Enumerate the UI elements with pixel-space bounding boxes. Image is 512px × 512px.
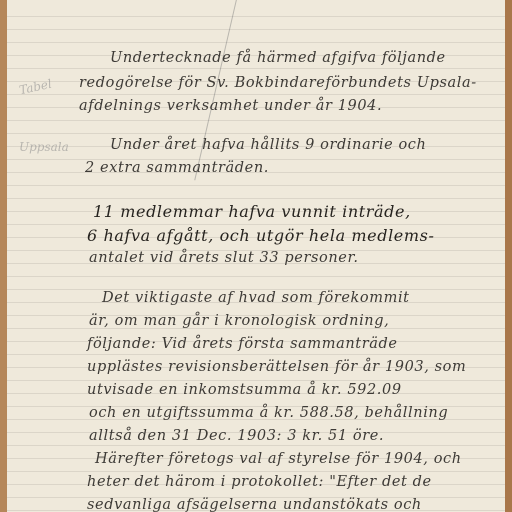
text-line: 11 medlemmar hafva vunnit inträde, xyxy=(93,202,411,221)
text-line: 6 hafva afgått, och utgör hela medlems- xyxy=(87,226,434,245)
text-line: Härefter företogs val af styrelse för 19… xyxy=(95,451,462,467)
page-edge xyxy=(505,0,512,512)
manuscript-page: Tabel Uppsala Undertecknade få härmed af… xyxy=(7,0,505,512)
text-line: Undertecknade få härmed afgifva följande xyxy=(110,50,446,66)
text-line: alltså den 31 Dec. 1903: 3 kr. 51 öre. xyxy=(89,428,384,444)
text-line: Under året hafva hållits 9 ordinarie och xyxy=(110,137,426,153)
text-line: Det viktigaste af hvad som förekommit xyxy=(102,290,410,306)
text-line: afdelnings verksamhet under år 1904. xyxy=(79,98,382,114)
text-line: 2 extra sammanträden. xyxy=(85,160,269,176)
text-line: sedvanliga afsägelserna undanstökats och xyxy=(87,497,422,512)
margin-note-tabel: Tabel xyxy=(18,77,53,98)
text-line: utvisade en inkomstsumma å kr. 592.09 xyxy=(87,382,402,398)
text-line: är, om man går i kronologisk ordning, xyxy=(89,313,389,329)
text-line: följande: Vid årets första sammanträde xyxy=(87,336,398,352)
text-line: upplästes revisionsberättelsen för år 19… xyxy=(87,359,466,375)
margin-note-uppsala: Uppsala xyxy=(19,140,69,154)
text-line: heter det härom i protokollet: "Efter de… xyxy=(87,474,432,490)
text-line: antalet vid årets slut 33 personer. xyxy=(89,250,359,266)
text-line: och en utgiftssumma å kr. 588.58, behåll… xyxy=(89,405,448,421)
text-line: redogörelse för Sv. Bokbindareförbundets… xyxy=(79,75,477,91)
